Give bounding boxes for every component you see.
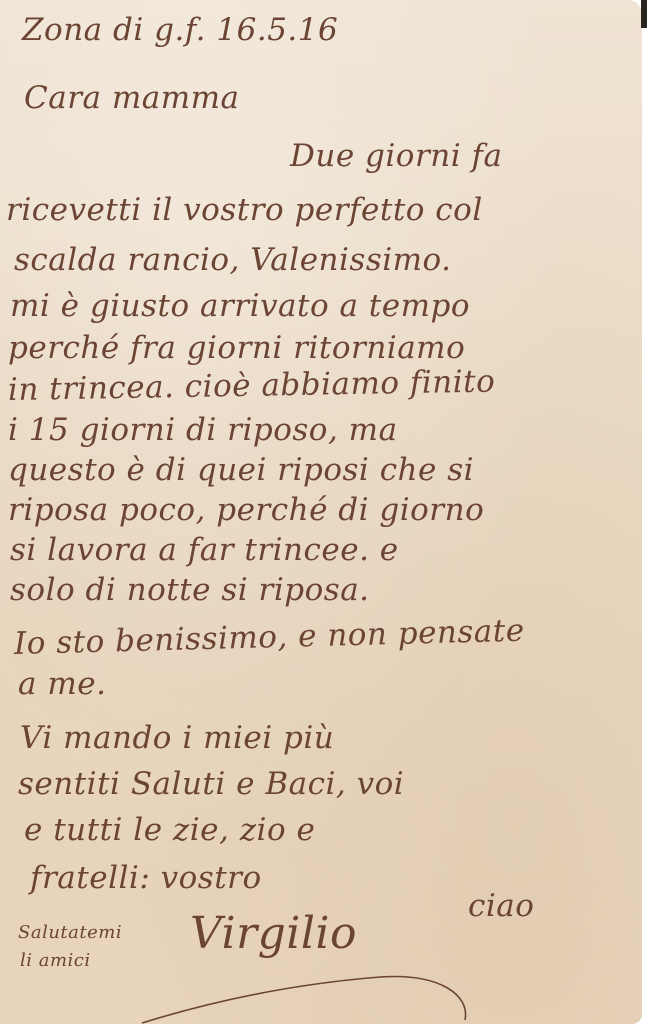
body-line: Vi mando i miei più xyxy=(20,720,334,756)
body-line: a me. xyxy=(18,666,106,702)
salutation: Cara mamma xyxy=(24,80,240,116)
body-line: si lavora a far trincee. e xyxy=(10,532,399,568)
closing: ciao xyxy=(468,888,534,924)
body-line: e tutti le zie, zio e xyxy=(24,812,315,848)
side-note-line: li amici xyxy=(20,950,91,971)
side-note-line: Salutatemi xyxy=(18,922,122,943)
letter-page: Zona di g.f. 16.5.16 Cara mamma Due gior… xyxy=(0,0,642,1024)
body-line: i 15 giorni di riposo, ma xyxy=(8,412,398,448)
body-line: ricevetti il vostro perfetto col xyxy=(6,192,483,228)
body-line: Due giorni fa xyxy=(290,138,502,174)
body-line: sentiti Saluti e Baci, voi xyxy=(18,766,404,802)
body-line: riposa poco, perché di giorno xyxy=(8,492,484,528)
body-line: questo è di quei riposi che si xyxy=(8,452,474,488)
body-line: perché fra giorni ritorniamo xyxy=(8,330,465,366)
signature: Virgilio xyxy=(190,908,357,959)
letter-heading: Zona di g.f. 16.5.16 xyxy=(22,12,338,48)
body-line: solo di notte si riposa. xyxy=(10,572,370,608)
body-line: fratelli: vostro xyxy=(30,860,262,896)
body-line: Io sto benissimo, e non pensate xyxy=(14,613,525,662)
body-line: scalda rancio, Valenissimo. xyxy=(14,242,452,278)
body-line: mi è giusto arrivato a tempo xyxy=(10,288,470,324)
body-line: in trincea. cioè abbiamo finito xyxy=(8,363,496,407)
page-corner-shadow xyxy=(641,0,647,28)
signature-flourish-icon xyxy=(140,975,470,1024)
